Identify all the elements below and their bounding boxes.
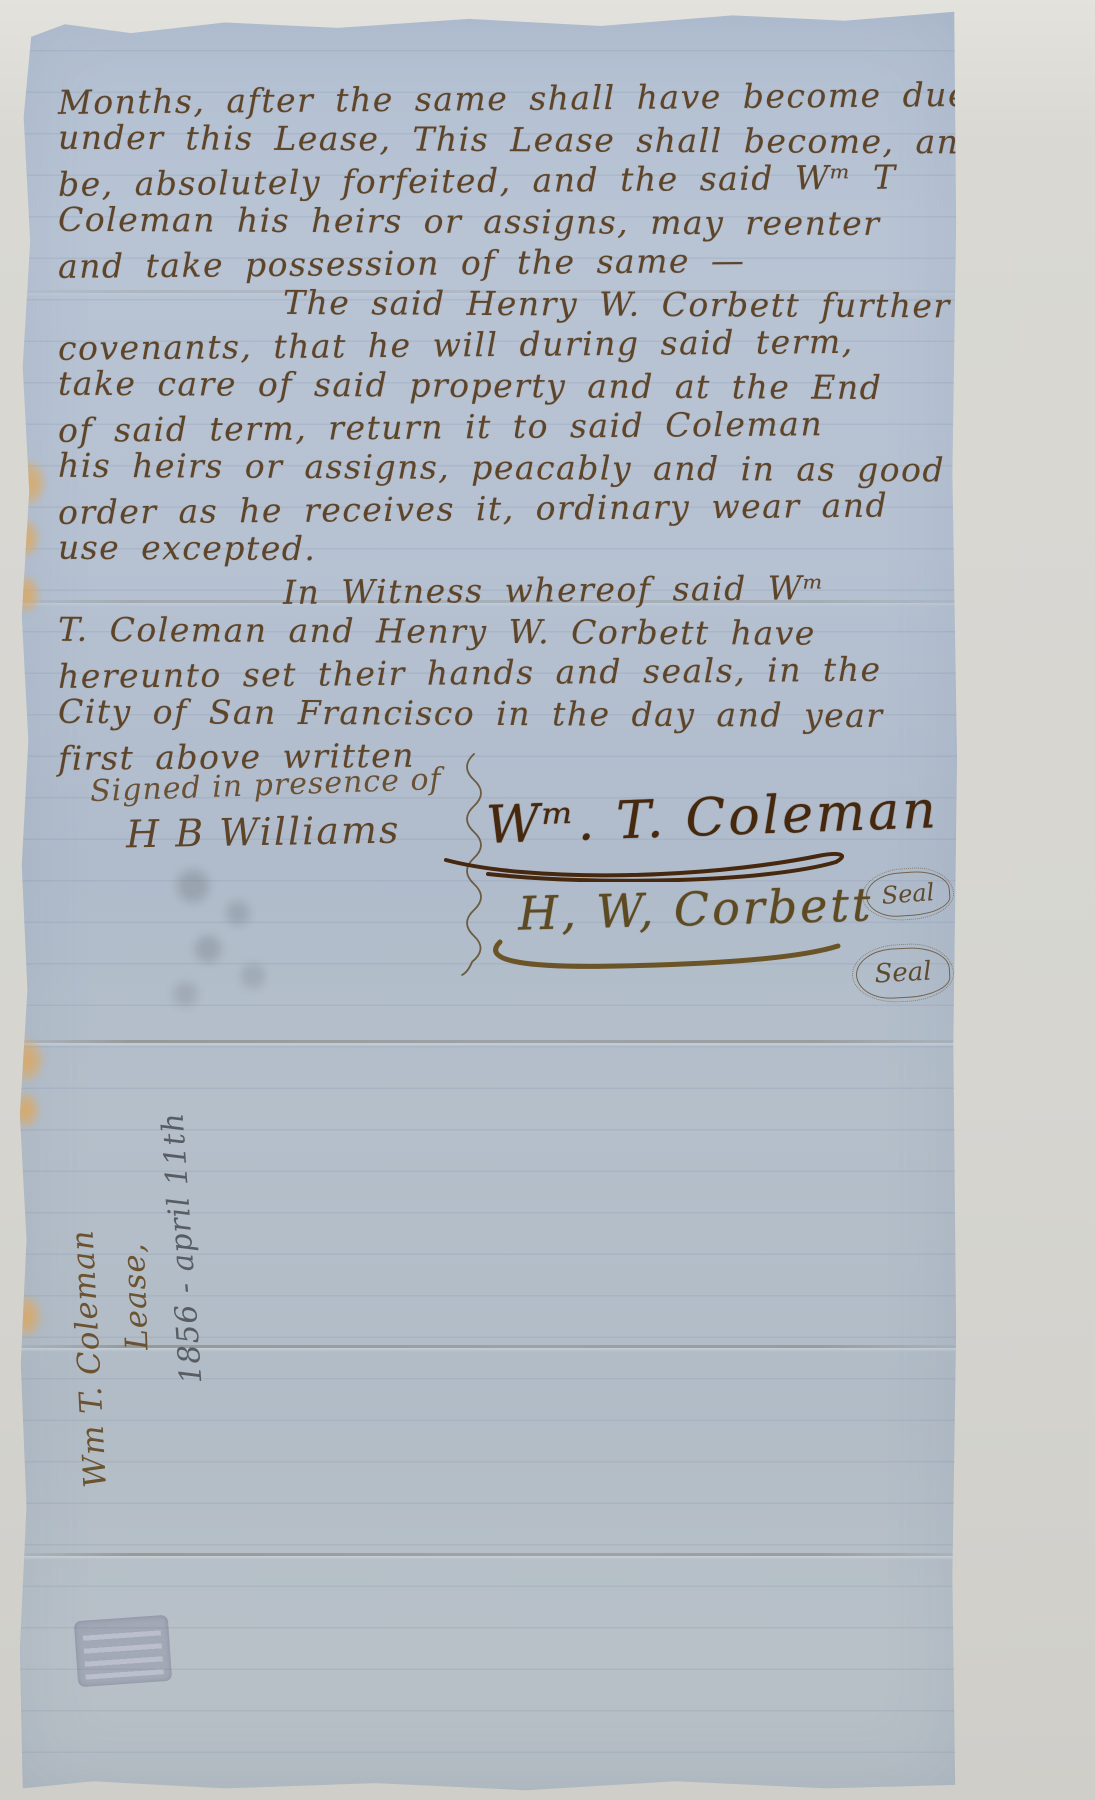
corbett-seal: Seal xyxy=(855,946,951,1001)
manuscript-body: Months, after the same shall have become… xyxy=(58,78,938,775)
manuscript-line: under this Lease, This Lease shall becom… xyxy=(58,117,938,163)
manuscript-paper: Months, after the same shall have become… xyxy=(18,10,958,1792)
edge-stain xyxy=(12,575,40,613)
fold-crease xyxy=(18,1040,958,1043)
photo-background: Months, after the same shall have become… xyxy=(0,0,1095,1800)
docket-text: Wm T. Coleman Lease, 1856 - april 11th xyxy=(60,1068,230,1488)
manuscript-line: his heirs or assigns, peacably and in as… xyxy=(58,445,938,491)
docket-annotation: Wm T. Coleman Lease, 1856 - april 11th xyxy=(60,1068,230,1488)
manuscript-line: hereunto set their hands and seals, in t… xyxy=(58,648,938,697)
manuscript-line: The said Henry W. Corbett further xyxy=(58,281,938,327)
coleman-seal: Seal xyxy=(865,869,952,919)
manuscript-line: Months, after the same shall have become… xyxy=(58,74,938,123)
ink-smudge xyxy=(148,850,298,1030)
manuscript-line: take care of said property and at the En… xyxy=(58,363,938,409)
archive-stamp xyxy=(74,1615,172,1687)
manuscript-line: covenants, that he will during said term… xyxy=(58,320,938,369)
edge-stain xyxy=(12,460,46,506)
manuscript-line: City of San Francisco in the day and yea… xyxy=(58,691,938,737)
manuscript-line: of said term, return it to said Coleman xyxy=(58,402,938,451)
edge-stain xyxy=(12,1092,40,1128)
manuscript-line: Coleman his heirs or assigns, may reente… xyxy=(58,199,938,245)
manuscript-line: T. Coleman and Henry W. Corbett have xyxy=(58,609,938,655)
manuscript-line: In Witness whereof said Wᵐ xyxy=(58,566,938,615)
manuscript-line: order as he receives it, ordinary wear a… xyxy=(58,484,938,533)
manuscript-line: and take possession of the same — xyxy=(58,238,938,287)
witness-signature: H B Williams xyxy=(126,808,401,857)
manuscript-line: use excepted. xyxy=(58,527,938,573)
manuscript-line: be, absolutely forfeited, and the said W… xyxy=(58,156,938,205)
edge-stain xyxy=(10,1295,42,1337)
edge-stain xyxy=(10,1038,44,1082)
fold-crease xyxy=(18,1553,958,1556)
corbett-signature-flourish xyxy=(470,928,870,972)
edge-stain xyxy=(10,518,40,558)
coleman-signature-flourish xyxy=(438,842,868,882)
